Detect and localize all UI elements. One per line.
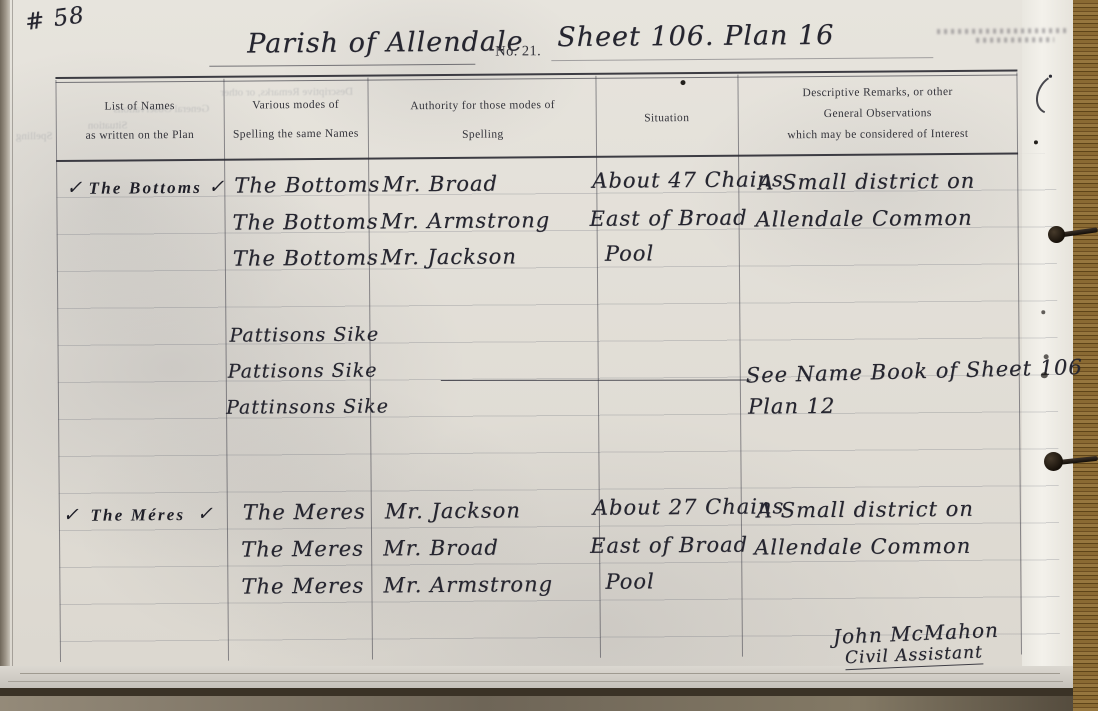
tick-mark: ✓	[66, 177, 82, 200]
column-header-line: Various modes of	[252, 98, 339, 111]
row2-spelling-2: Pattisons Sike	[228, 359, 378, 382]
sheet-underline	[551, 57, 933, 61]
parish-title-script: Parish of Allendale	[247, 26, 524, 59]
row3-spelling-3: The Meres	[241, 574, 364, 599]
column-header-line: General Observations	[824, 107, 932, 120]
row1-spelling-3: The Bottoms	[233, 245, 379, 270]
plan-name-text: The Méres	[90, 505, 185, 526]
row3-authority-1: Mr. Jackson	[385, 498, 521, 523]
row1-authority-3: Mr. Jackson	[381, 244, 517, 269]
tick-mark: ✓	[63, 504, 79, 527]
column-header-line: Spelling the same Names	[233, 127, 359, 140]
binding-post	[1048, 226, 1065, 243]
title-underline	[209, 64, 475, 67]
plan-name-text: The Bottoms	[88, 178, 202, 199]
column-header-line: Authority for those modes of	[410, 99, 555, 112]
row3-authority-3: Mr. Armstrong	[383, 572, 553, 597]
row1-authority-2: Mr. Armstrong	[380, 208, 550, 233]
ink-squiggle-mark	[1028, 74, 1056, 134]
row3-situation-1: About 27 Chains	[593, 494, 785, 520]
row2-remarks-2: Plan 12	[748, 394, 835, 419]
column-header-line: Situation	[644, 112, 689, 124]
ink-stamp-smudge	[937, 28, 1067, 43]
row1-situation-1: About 47 Chains	[592, 167, 784, 193]
page-content: # 58 Parish of Allendale No. 21. Sheet 1…	[0, 0, 1098, 711]
ink-spot	[1044, 354, 1049, 359]
row1-situation-2: East of Broad	[589, 206, 747, 231]
ink-spot	[1041, 372, 1048, 378]
row3-authority-2: Mr. Broad	[383, 536, 499, 561]
column-header-line: Descriptive Remarks, or other	[802, 86, 952, 99]
bleedthrough-text: Spelling	[16, 130, 53, 142]
column-header-line: List of Names	[104, 100, 174, 113]
row3-plan-name: ✓ The Méres ✓	[63, 503, 213, 527]
folio-number: # 58	[24, 2, 87, 36]
row3-situation-3: Pool	[605, 569, 654, 593]
row2-spelling-3: Pattinsons Sike	[226, 395, 389, 418]
column-header-line: Spelling	[462, 128, 504, 140]
column-header-line: which may be considered of Interest	[787, 128, 968, 141]
signature-role: Civil Assistant	[845, 642, 984, 670]
column-header-remarks: Descriptive Remarks, or other General Ob…	[741, 80, 1013, 146]
row1-spelling-1: The Bottoms	[234, 172, 380, 197]
row1-situation-3: Pool	[605, 241, 654, 265]
ink-spot	[1041, 310, 1045, 314]
ink-spot	[680, 80, 685, 85]
row2-spelling-1: Pattisons Sike	[229, 323, 379, 346]
binding-post	[1044, 452, 1063, 471]
row1-remarks-1: A Small district on	[758, 169, 975, 195]
tick-mark: ✓	[197, 503, 213, 526]
column-header-situation: Situation	[598, 103, 736, 134]
column-header-line: as written on the Plan	[86, 128, 195, 141]
row1-remarks-2: Allendale Common	[755, 206, 972, 232]
tick-mark: ✓	[208, 176, 224, 199]
row1-spelling-2: The Bottoms	[232, 209, 378, 234]
row3-spelling-2: The Meres	[241, 537, 364, 562]
row3-spelling-1: The Meres	[243, 500, 366, 525]
row1-authority-1: Mr. Broad	[382, 172, 498, 197]
row3-remarks-2: Allendale Common	[754, 534, 971, 560]
sheet-plan-script: Sheet 106. Plan 16	[557, 20, 834, 53]
row3-situation-2: East of Broad	[590, 533, 748, 558]
ink-spot	[1034, 140, 1038, 144]
page-number-label: No. 21.	[495, 43, 541, 60]
column-header-spellings: Various modes of Spelling the same Names	[226, 90, 366, 149]
row3-remarks-1: A Small district on	[757, 497, 974, 523]
row1-plan-name: ✓ The Bottoms ✓	[66, 176, 224, 200]
column-header-authority: Authority for those modes of Spelling	[372, 90, 594, 150]
column-header-names: List of Names as written on the Plan	[60, 91, 220, 150]
